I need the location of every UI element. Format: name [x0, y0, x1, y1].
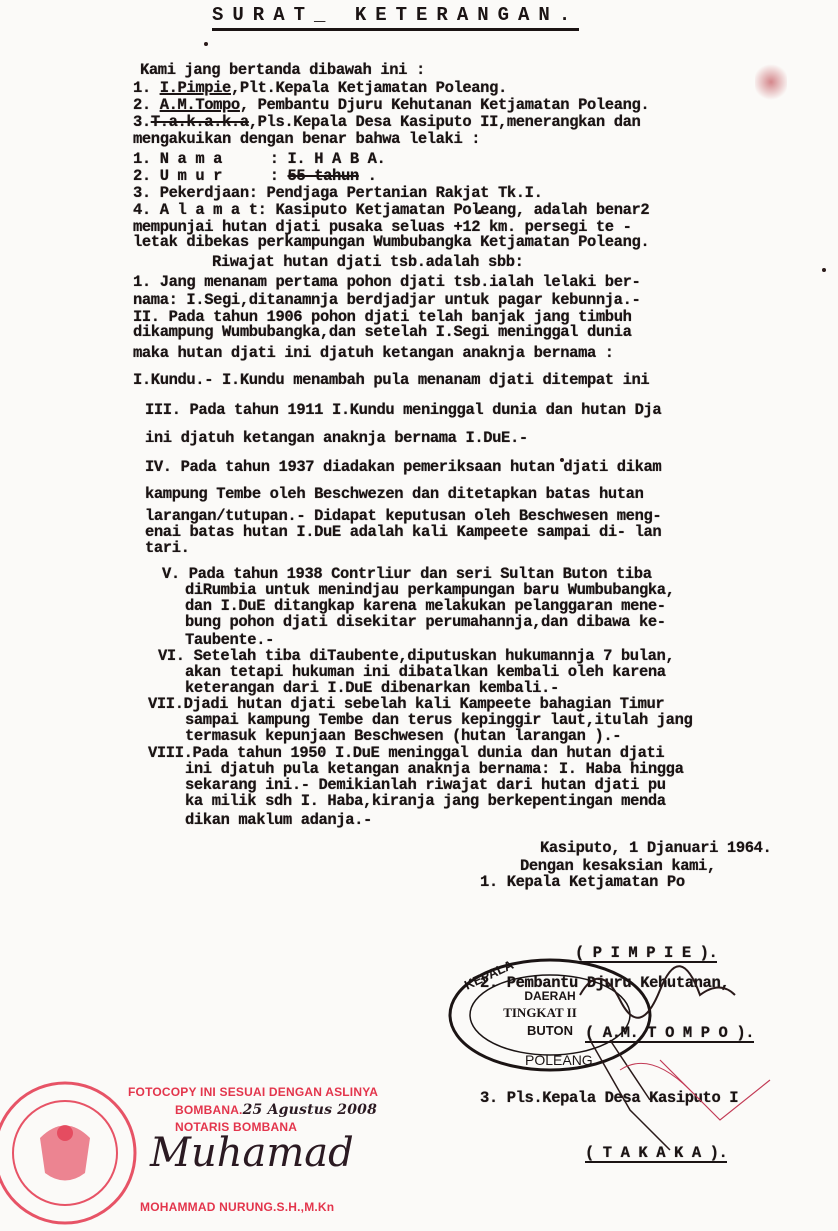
history-2-line-2: dikampung Wumbubangka,dan setelah I.Segi…	[133, 324, 632, 340]
intro-line: Kami jang bertanda dibawah ini :	[140, 62, 425, 78]
history-8-line-3: sekarang ini.- Demikianlah riwajat dari …	[185, 777, 666, 793]
scanned-letter: SURAT_ KETERANGAN. Kami jang bertanda di…	[0, 0, 838, 1231]
notary-seal	[0, 1078, 140, 1228]
red-smudge	[755, 62, 787, 102]
history-8-line-5: dikan maklum adanja.-	[185, 812, 372, 828]
signature-1-role: 1. Kepala Ketjamatan Po	[480, 874, 685, 890]
ink-speck	[822, 268, 826, 272]
handwritten-signatures	[560, 940, 790, 1170]
person-age: 2. U m u r: 55 tahun .	[133, 168, 377, 184]
history-5-line-3: dan I.DuE ditangkap karena melakukan pel…	[185, 598, 666, 614]
notary-certification: FOTOCOPY INI SESUAI DENGAN ASLINYA	[128, 1085, 378, 1099]
person-occupation: 3. Pekerdjaan: Pendjaga Pertanian Rakjat…	[133, 185, 542, 201]
para4-line-2: letak dibekas perkampungan Wumbubangka K…	[133, 234, 649, 250]
history-3-line-2: ini djatuh ketangan anaknja bernama I.Du…	[145, 430, 528, 446]
stamp-ring-top: KEPALA	[462, 957, 516, 993]
ink-speck	[560, 458, 564, 462]
history-4-line-5: tari.	[145, 540, 190, 556]
person-address: 4. A l a m a t: Kasiputo Ketjamatan Pole…	[133, 202, 649, 218]
history-5-line-2: diRumbia untuk menindjau perkampungan ba…	[185, 582, 675, 598]
history-3-line-1: III. Pada tahun 1911 I.Kundu meninggal d…	[145, 402, 661, 418]
history-4-line-3: larangan/tutupan.- Didapat keputusan ole…	[145, 508, 661, 524]
history-1-line-1: 1. Jang menanam pertama pohon djati tsb.…	[133, 274, 640, 290]
place-date: Kasiputo, 1 Djanuari 1964.	[540, 840, 771, 856]
signatory-3: 3.T.a.k.a.k.a,Pls.Kepala Desa Kasiputo I…	[133, 114, 640, 130]
history-6-line-3: keterangan dari I.DuE dibenarkan kembali…	[185, 680, 559, 696]
history-5-line-4: bung pohon djati disekitar perumahannja,…	[185, 614, 666, 630]
history-2-line-3: maka hutan djati ini djatuh ketangan ana…	[133, 345, 614, 361]
notary-place: BOMBANA.25 Agustus 2008	[175, 1102, 377, 1118]
witness-line: Dengan kesaksian kami,	[520, 858, 716, 874]
history-5-line-1: V. Pada tahun 1938 Contrliur dan seri Su…	[162, 566, 652, 582]
ink-speck	[204, 42, 208, 46]
history-4-line-2: kampung Tembe oleh Beschwezen dan diteta…	[145, 486, 644, 502]
history-5-line-5: Taubente.-	[185, 632, 274, 648]
history-7-line-1: VII.Djadi hutan djati sebelah kali Kampe…	[148, 696, 664, 712]
notary-name: MOHAMMAD NURUNG.S.H.,M.Kn	[140, 1200, 334, 1214]
history-1-line-2: nama: I.Segi,ditanamnja berdjadjar untuk…	[133, 292, 640, 308]
history-6-line-1: VI. Setelah tiba diTaubente,diputuskan h…	[158, 648, 674, 664]
intro-continued: mengakuikan dengan benar bahwa lelaki :	[133, 131, 480, 147]
person-name: 1. N a m a: I. H A B A.	[133, 151, 385, 167]
document-title: SURAT_ KETERANGAN.	[212, 4, 579, 31]
signatory-1: 1. I.Pimpie,Plt.Kepala Ketjamatan Polean…	[133, 80, 507, 96]
signatory-2: 2. A.M.Tompo, Pembantu Djuru Kehutanan K…	[133, 97, 649, 113]
history-2-line-4: I.Kundu.- I.Kundu menambah pula menanam …	[133, 372, 649, 388]
history-8-line-1: VIII.Pada tahun 1950 I.DuE meninggal dun…	[148, 745, 664, 761]
notary-signature: Muhamad	[150, 1130, 354, 1176]
history-7-line-2: sampai kampung Tembe dan terus kepinggir…	[185, 712, 692, 728]
history-7-line-3: termasuk kepunjaan Beschwesen (hutan lar…	[185, 728, 621, 744]
ink-speck	[478, 210, 482, 214]
history-heading: Riwajat hutan djati tsb.adalah sbb:	[212, 254, 524, 270]
history-6-line-2: akan tetapi hukuman ini dibatalkan kemba…	[185, 664, 666, 680]
history-8-line-4: ka milik sdh I. Haba,kiranja jang berkep…	[185, 793, 666, 809]
history-4-line-1: IV. Pada tahun 1937 diadakan pemeriksaan…	[145, 459, 661, 475]
history-4-line-4: enai batas hutan I.DuE adalah kali Kampe…	[145, 524, 661, 540]
history-8-line-2: ini djatuh pula ketangan anaknja bernama…	[185, 761, 684, 777]
